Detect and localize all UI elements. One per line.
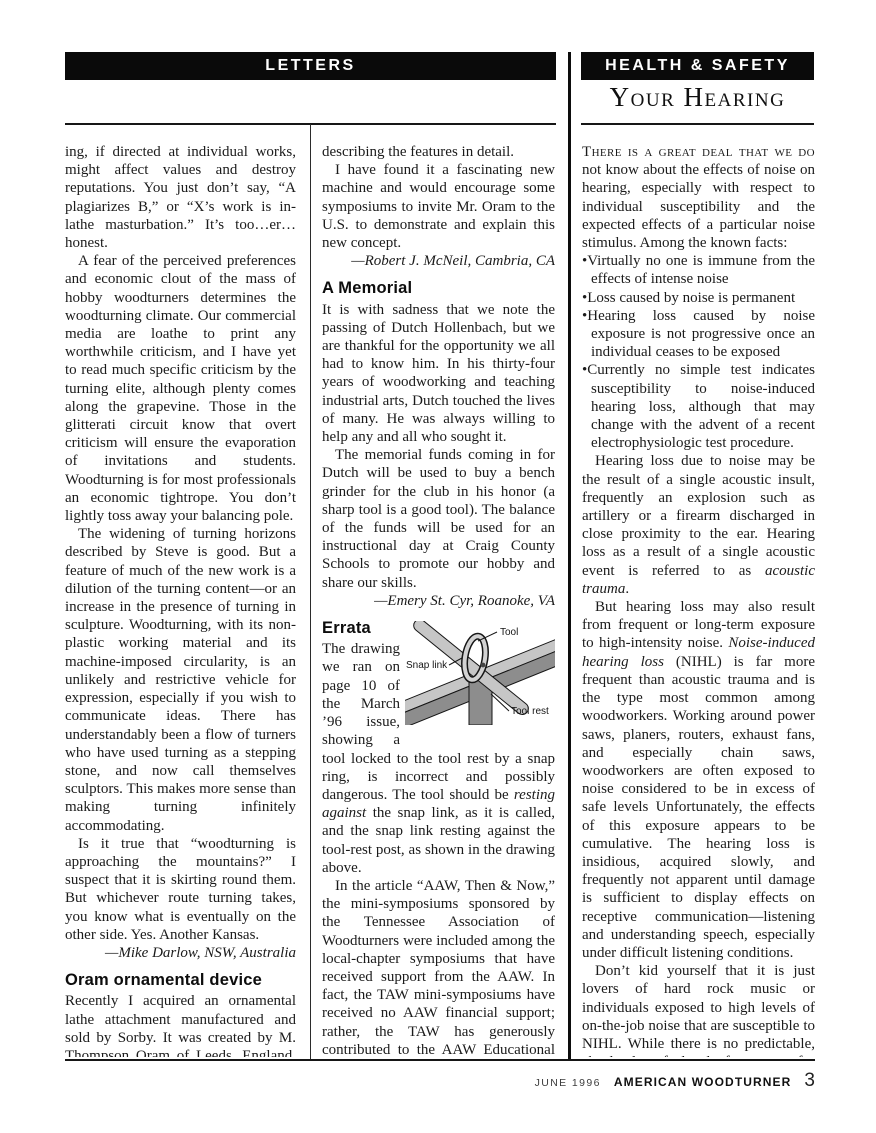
- letters-column-1: ing, if directed at individual works, mi…: [65, 143, 296, 1057]
- text-run: I have found it a fascinating new machin…: [322, 162, 555, 251]
- letter-signature: —Robert J. McNeil, Cambria, CA: [322, 252, 555, 270]
- paragraph: Don’t kid yourself that it is just lover…: [582, 962, 815, 1057]
- bullet-item: •Currently no simple test indicates susc…: [582, 361, 815, 452]
- errata-figure: Tool Snap link Tool rest: [405, 621, 555, 730]
- text-run: In the article “AAW, Then & Now,” the mi…: [322, 878, 555, 1057]
- footer-issue-date: JUNE 1996: [535, 1077, 601, 1089]
- text-run: Don’t kid yourself that it is just lover…: [582, 963, 815, 1057]
- letter-heading: A Memorial: [322, 279, 555, 297]
- page-footer: JUNE 1996 AMERICAN WOODTURNER 3: [65, 1070, 815, 1092]
- text-run: .: [625, 581, 629, 597]
- paragraph: A fear of the perceived preferences and …: [65, 252, 296, 525]
- letters-column-2: describing the features in detail.I have…: [322, 143, 555, 1057]
- paragraph: The memorial funds coming in for Dutch w…: [322, 446, 555, 592]
- paragraph: But hearing loss may also result from fr…: [582, 598, 815, 962]
- text-run: It is with sadness that we note the pass…: [322, 302, 555, 445]
- letter-heading: Oram ornamental device: [65, 971, 296, 989]
- footer-magazine-name: AMERICAN WOODTURNER: [614, 1075, 792, 1089]
- text-run: Is it true that “woodturning is approach…: [65, 836, 296, 943]
- text-run: not know about the effects of noise on h…: [582, 162, 815, 251]
- paragraph: Recently I acquired an ornamental lathe …: [65, 992, 296, 1057]
- health-safety-section-title: HEALTH & SAFETY: [605, 57, 790, 75]
- text-run: Hearing loss due to noise may be the res…: [582, 453, 815, 578]
- paragraph: describing the features in detail.: [322, 143, 555, 161]
- paragraph: In the article “AAW, Then & Now,” the mi…: [322, 877, 555, 1057]
- section-divider-thick: [568, 52, 571, 1061]
- letters-section-header: LETTERS: [65, 52, 556, 80]
- letter-signature: —Mike Darlow, NSW, Australia: [65, 944, 296, 962]
- article-title-your-hearing: Your Hearing: [581, 82, 814, 113]
- bullet-item: •Virtually no one is immune from the eff…: [582, 252, 815, 288]
- text-run: (NIHL) is far more frequent than acousti…: [582, 654, 815, 961]
- paragraph: ing, if directed at individual works, mi…: [65, 143, 296, 252]
- paragraph: It is with sadness that we note the pass…: [322, 301, 555, 447]
- paragraph: The widening of turning horizons describ…: [65, 525, 296, 834]
- snap-link-gate-pin: [481, 663, 486, 668]
- text-run: describing the features in detail.: [322, 144, 514, 160]
- health-header-rule: [581, 123, 814, 125]
- smallcaps-lead: There is a great deal that we do: [582, 144, 815, 160]
- column-divider-thin: [310, 124, 311, 1061]
- bullet-item: •Loss caused by noise is permanent: [582, 289, 815, 307]
- text-run: The widening of turning horizons describ…: [65, 526, 296, 833]
- paragraph: I have found it a fascinating new machin…: [322, 161, 555, 252]
- footer-page-number: 3: [804, 1070, 815, 1092]
- paragraph: Is it true that “woodturning is approach…: [65, 835, 296, 944]
- footer-rule: [65, 1059, 815, 1061]
- letter-signature: —Emery St. Cyr, Roanoke, VA: [322, 592, 555, 610]
- text-run: ing, if directed at individual works, mi…: [65, 144, 296, 251]
- paragraph: Hearing loss due to noise may be the res…: [582, 452, 815, 598]
- bullet-list: •Virtually no one is immune from the eff…: [582, 252, 815, 452]
- errata-section: Tool Snap link Tool rest ErrataThe drawi…: [322, 619, 555, 1057]
- letters-section-title: LETTERS: [265, 57, 355, 75]
- health-column: There is a great deal that we do not kno…: [582, 143, 815, 1057]
- magazine-page: LETTERS HEALTH & SAFETY Your Hearing ing…: [0, 0, 876, 1133]
- tool-label: Tool: [500, 627, 518, 638]
- text-run: Recently I acquired an ornamental lathe …: [65, 993, 296, 1057]
- text-run: A fear of the perceived preferences and …: [65, 253, 296, 524]
- tool-rest-label: Tool rest: [511, 706, 549, 717]
- paragraph: There is a great deal that we do not kno…: [582, 143, 815, 252]
- snap-link-label: Snap link: [406, 660, 448, 671]
- text-run: The memorial funds coming in for Dutch w…: [322, 447, 555, 590]
- snap-link-diagram: Tool Snap link Tool rest: [405, 621, 555, 725]
- health-safety-section-header: HEALTH & SAFETY: [581, 52, 814, 80]
- bullet-item: •Hearing loss caused by noise exposure i…: [582, 307, 815, 362]
